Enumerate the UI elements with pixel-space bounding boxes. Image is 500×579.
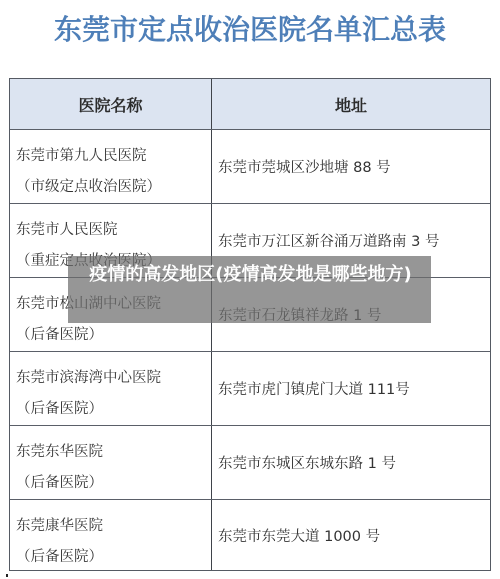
stray-mark [6,574,8,577]
address-cell: 东莞市莞城区沙地塘 88 号 [212,130,490,203]
table-header-row: 医院名称 地址 [10,79,490,130]
hospital-category: （后备医院） [16,397,103,418]
hospital-name-cell: 东莞东华医院 （后备医院） [10,426,212,499]
hospital-name-cell: 东莞市滨海湾中心医院 （后备医院） [10,352,212,425]
hospital-name-cell: 东莞康华医院 （后备医院） [10,500,212,570]
header-hospital-name: 医院名称 [10,79,212,129]
hospital-category: （市级定点收治医院） [16,175,161,196]
caption-overlay: 疫情的高发地区(疫情高发地是哪些地方) [68,256,431,323]
hospital-category: （后备医院） [16,545,103,566]
hospital-name: 东莞东华医院 [16,440,103,461]
hospital-table: 医院名称 地址 东莞市第九人民医院 （市级定点收治医院） 东莞市莞城区沙地塘 8… [9,78,491,571]
address-cell: 东莞市东莞大道 1000 号 [212,500,490,570]
hospital-name: 东莞市第九人民医院 [16,144,147,165]
header-address: 地址 [212,79,490,129]
table-row: 东莞市滨海湾中心医院 （后备医院） 东莞市虎门镇虎门大道 111号 [10,352,490,426]
address-cell: 东莞市东城区东城东路 1 号 [212,426,490,499]
hospital-name: 东莞康华医院 [16,514,103,535]
hospital-name: 东莞市人民医院 [16,218,118,239]
table-row: 东莞东华医院 （后备医院） 东莞市东城区东城东路 1 号 [10,426,490,500]
hospital-name: 东莞市滨海湾中心医院 [16,366,161,387]
hospital-address: 东莞市东莞大道 1000 号 [218,500,380,570]
hospital-address: 东莞市虎门镇虎门大道 111号 [218,352,410,425]
hospital-address: 东莞市莞城区沙地塘 88 号 [218,130,391,203]
table-row: 东莞康华医院 （后备医院） 东莞市东莞大道 1000 号 [10,500,490,570]
hospital-name-cell: 东莞市第九人民医院 （市级定点收治医院） [10,130,212,203]
table-row: 东莞市第九人民医院 （市级定点收治医院） 东莞市莞城区沙地塘 88 号 [10,130,490,204]
hospital-category: （后备医院） [16,471,103,492]
hospital-category: （后备医院） [16,323,103,344]
page-title: 东莞市定点收治医院名单汇总表 [0,10,500,50]
address-cell: 东莞市虎门镇虎门大道 111号 [212,352,490,425]
hospital-address: 东莞市东城区东城东路 1 号 [218,426,396,499]
